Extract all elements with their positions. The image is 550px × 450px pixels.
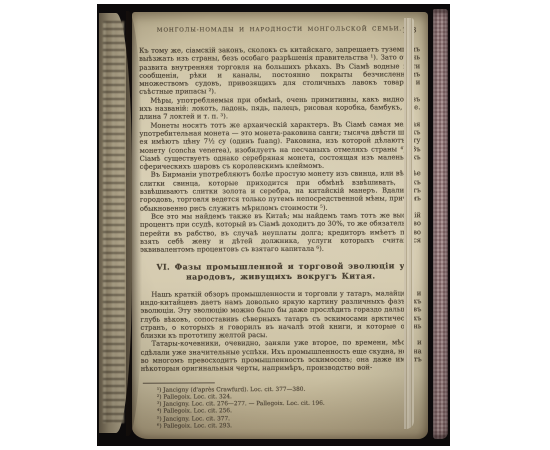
paragraph: Монеты носятъ тотъ же архаическій характ… [139,120,420,171]
running-header-title: МОНГОЛЫ-НОМАДЫ И НАРОДНОСТИ МОНГОЛЬСКОЙ … [139,26,420,33]
paragraph: Нашъ краткій обзоръ промышленности и тор… [140,289,421,340]
running-header: МОНГОЛЫ-НОМАДЫ И НАРОДНОСТИ МОНГОЛЬСКОЙ … [139,26,420,37]
book-photo: МОНГОЛЫ-НОМАДЫ И НАРОДНОСТИ МОНГОЛЬСКОЙ … [97,4,450,446]
screenshot-background: МОНГОЛЫ-НОМАДЫ И НАРОДНОСТИ МОНГОЛЬСКОЙ … [0,0,550,450]
paragraph: Все это мы найдемъ также въ Китаѣ; мы на… [140,211,421,254]
paragraph: Татары-кочевники, очевидно, заняли уже в… [141,339,422,374]
body-text-after-heading: Нашъ краткій обзоръ промышленности и тор… [140,289,421,373]
paragraph: Мѣры, употребляемыя при обмѣнѣ, очень пр… [139,95,420,121]
page-block-edge [404,18,414,429]
paragraph: Къ тому же, сіамскій законъ, сколокъ съ … [139,45,420,96]
page-content: МОНГОЛЫ-НОМАДЫ И НАРОДНОСТИ МОНГОЛЬСКОЙ … [139,26,422,431]
right-page: МОНГОЛЫ-НОМАДЫ И НАРОДНОСТИ МОНГОЛЬСКОЙ … [132,12,428,439]
footnote-separator [143,382,215,383]
footnote-block: ¹) Jancigny (d'après Crawfurd). Loc. cit… [141,381,422,431]
footnote-item: ⁶) Pallegoix. Loc. cit. 293. [157,422,422,431]
book-cover-cloth [433,9,448,439]
paragraph: Въ Бирманіи употребляютъ болѣе простую м… [140,170,421,213]
section-heading: VI. Фазы промышленной и торговой эволюці… [154,262,407,283]
footnotes: ¹) Jancigny (d'après Crawfurd). Loc. cit… [141,386,422,431]
body-text: Къ тому же, сіамскій законъ, сколокъ съ … [139,45,421,254]
